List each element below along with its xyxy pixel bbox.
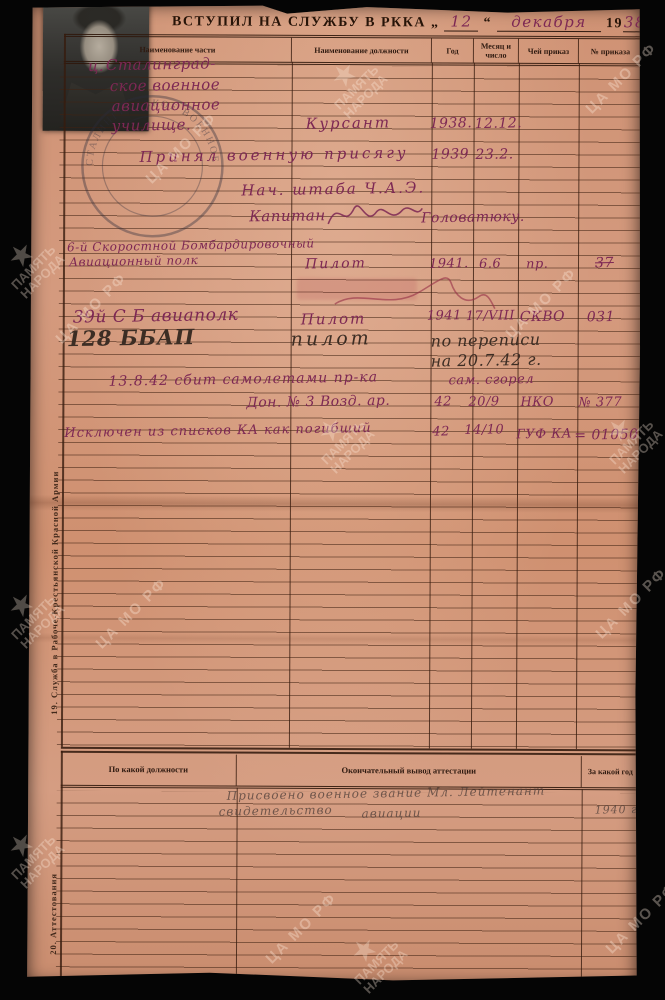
entry-part-line: ское военное [110,75,221,95]
entry-text: сам. сгорел [448,372,534,388]
year-suffix: г. [652,16,663,31]
entry-part-line: Сталинград- [106,54,216,74]
attestation-header: По какой должности Окончательный вывод а… [61,754,639,788]
entry-year: 1941 [427,308,462,324]
entry-note: на 20.7.42 г. [430,350,541,371]
attestation-entry-year: 1940 г. [595,803,643,817]
service-section-label: 19. Служба в Рабоче-Крестьянской Красной… [49,471,60,715]
entry-order-no: № 377 [578,395,622,411]
entry-part-line: ц. [88,57,105,75]
attestation-entry-line: авиации [361,806,421,821]
col-header-att-position: По какой должности [61,754,237,786]
quote-close: “ [483,16,492,31]
entry-note: Капитан [249,206,326,225]
entry-part-line: авиационное [112,95,221,115]
entry-date: 23.2. [475,146,513,163]
quote-open: „ [431,15,440,30]
attestation-right-border [638,753,640,986]
attestation-entry-line: свидетельство [219,803,333,819]
col-header-order-no: № приказа [579,39,642,63]
attestation-bottom-border [60,984,638,989]
entry-order-no: = 01050 [574,427,638,444]
entry-date: 6.6 [479,256,501,271]
entry-date: 14/10 [464,422,504,438]
paper-sheet: ВСТУПИЛ НА СЛУЖБУ В РККА „ 12 “ декабря … [26,3,642,988]
entry-order-by: НКО [520,395,554,411]
col-header-att-conclusion: Окончательный вывод аттестации [237,755,582,788]
entry-year: 1938. [429,115,472,132]
entry-order-by: СКВО [520,309,566,326]
scanned-document-canvas: ВСТУПИЛ НА СЛУЖБУ В РККА „ 12 “ декабря … [0,0,665,1000]
entry-part-line: Авиационный полк [69,253,198,269]
entry-year: 42 [434,394,452,409]
signature-scribble [324,196,424,232]
col-header-position: Наименование должности [292,38,432,63]
entry-year: 1939 [431,146,469,163]
entry-text: Дон. № 3 Возд. ар. [246,393,390,411]
ruling-lines [56,791,649,986]
attestation-section-label: 20. Аттестования [48,873,58,955]
entry-order-by: пр. [526,257,549,272]
title-text: ВСТУПИЛ НА СЛУЖБУ В РККА [172,14,426,30]
entry-order-by: ГУФ КА [516,426,572,442]
entry-note: по переписи [431,330,541,351]
entry-date: 17/VIII [466,308,515,324]
entry-date: 20/9 [468,394,499,410]
entry-position: пилот [291,327,372,350]
entry-year: 42 [432,424,450,439]
document-title: ВСТУПИЛ НА СЛУЖБУ В РККА „ 12 “ декабря … [172,11,663,32]
entry-part: 128 ББАП [66,324,194,351]
enlist-month: декабря [497,13,601,32]
entry-part-line: училище. [111,116,191,135]
entry-note: Головатюку. [421,209,525,227]
year-prefix: 19 [606,16,623,31]
col-header-att-year: За какой год [582,756,639,787]
entry-date: 12.12. [474,115,522,132]
col-header-date: Месяц и число [474,39,519,63]
entry-order-no: 031 [587,309,615,325]
enlist-year: 38 [623,13,647,32]
entry-position: Пилот [301,309,367,328]
enlist-day: 12 [444,12,478,31]
col-header-year: Год [432,38,474,62]
entry-order-no: 37 [595,255,614,271]
col-header-order-by: Чей приказ [519,39,579,63]
entry-position: Курсант [305,113,391,132]
